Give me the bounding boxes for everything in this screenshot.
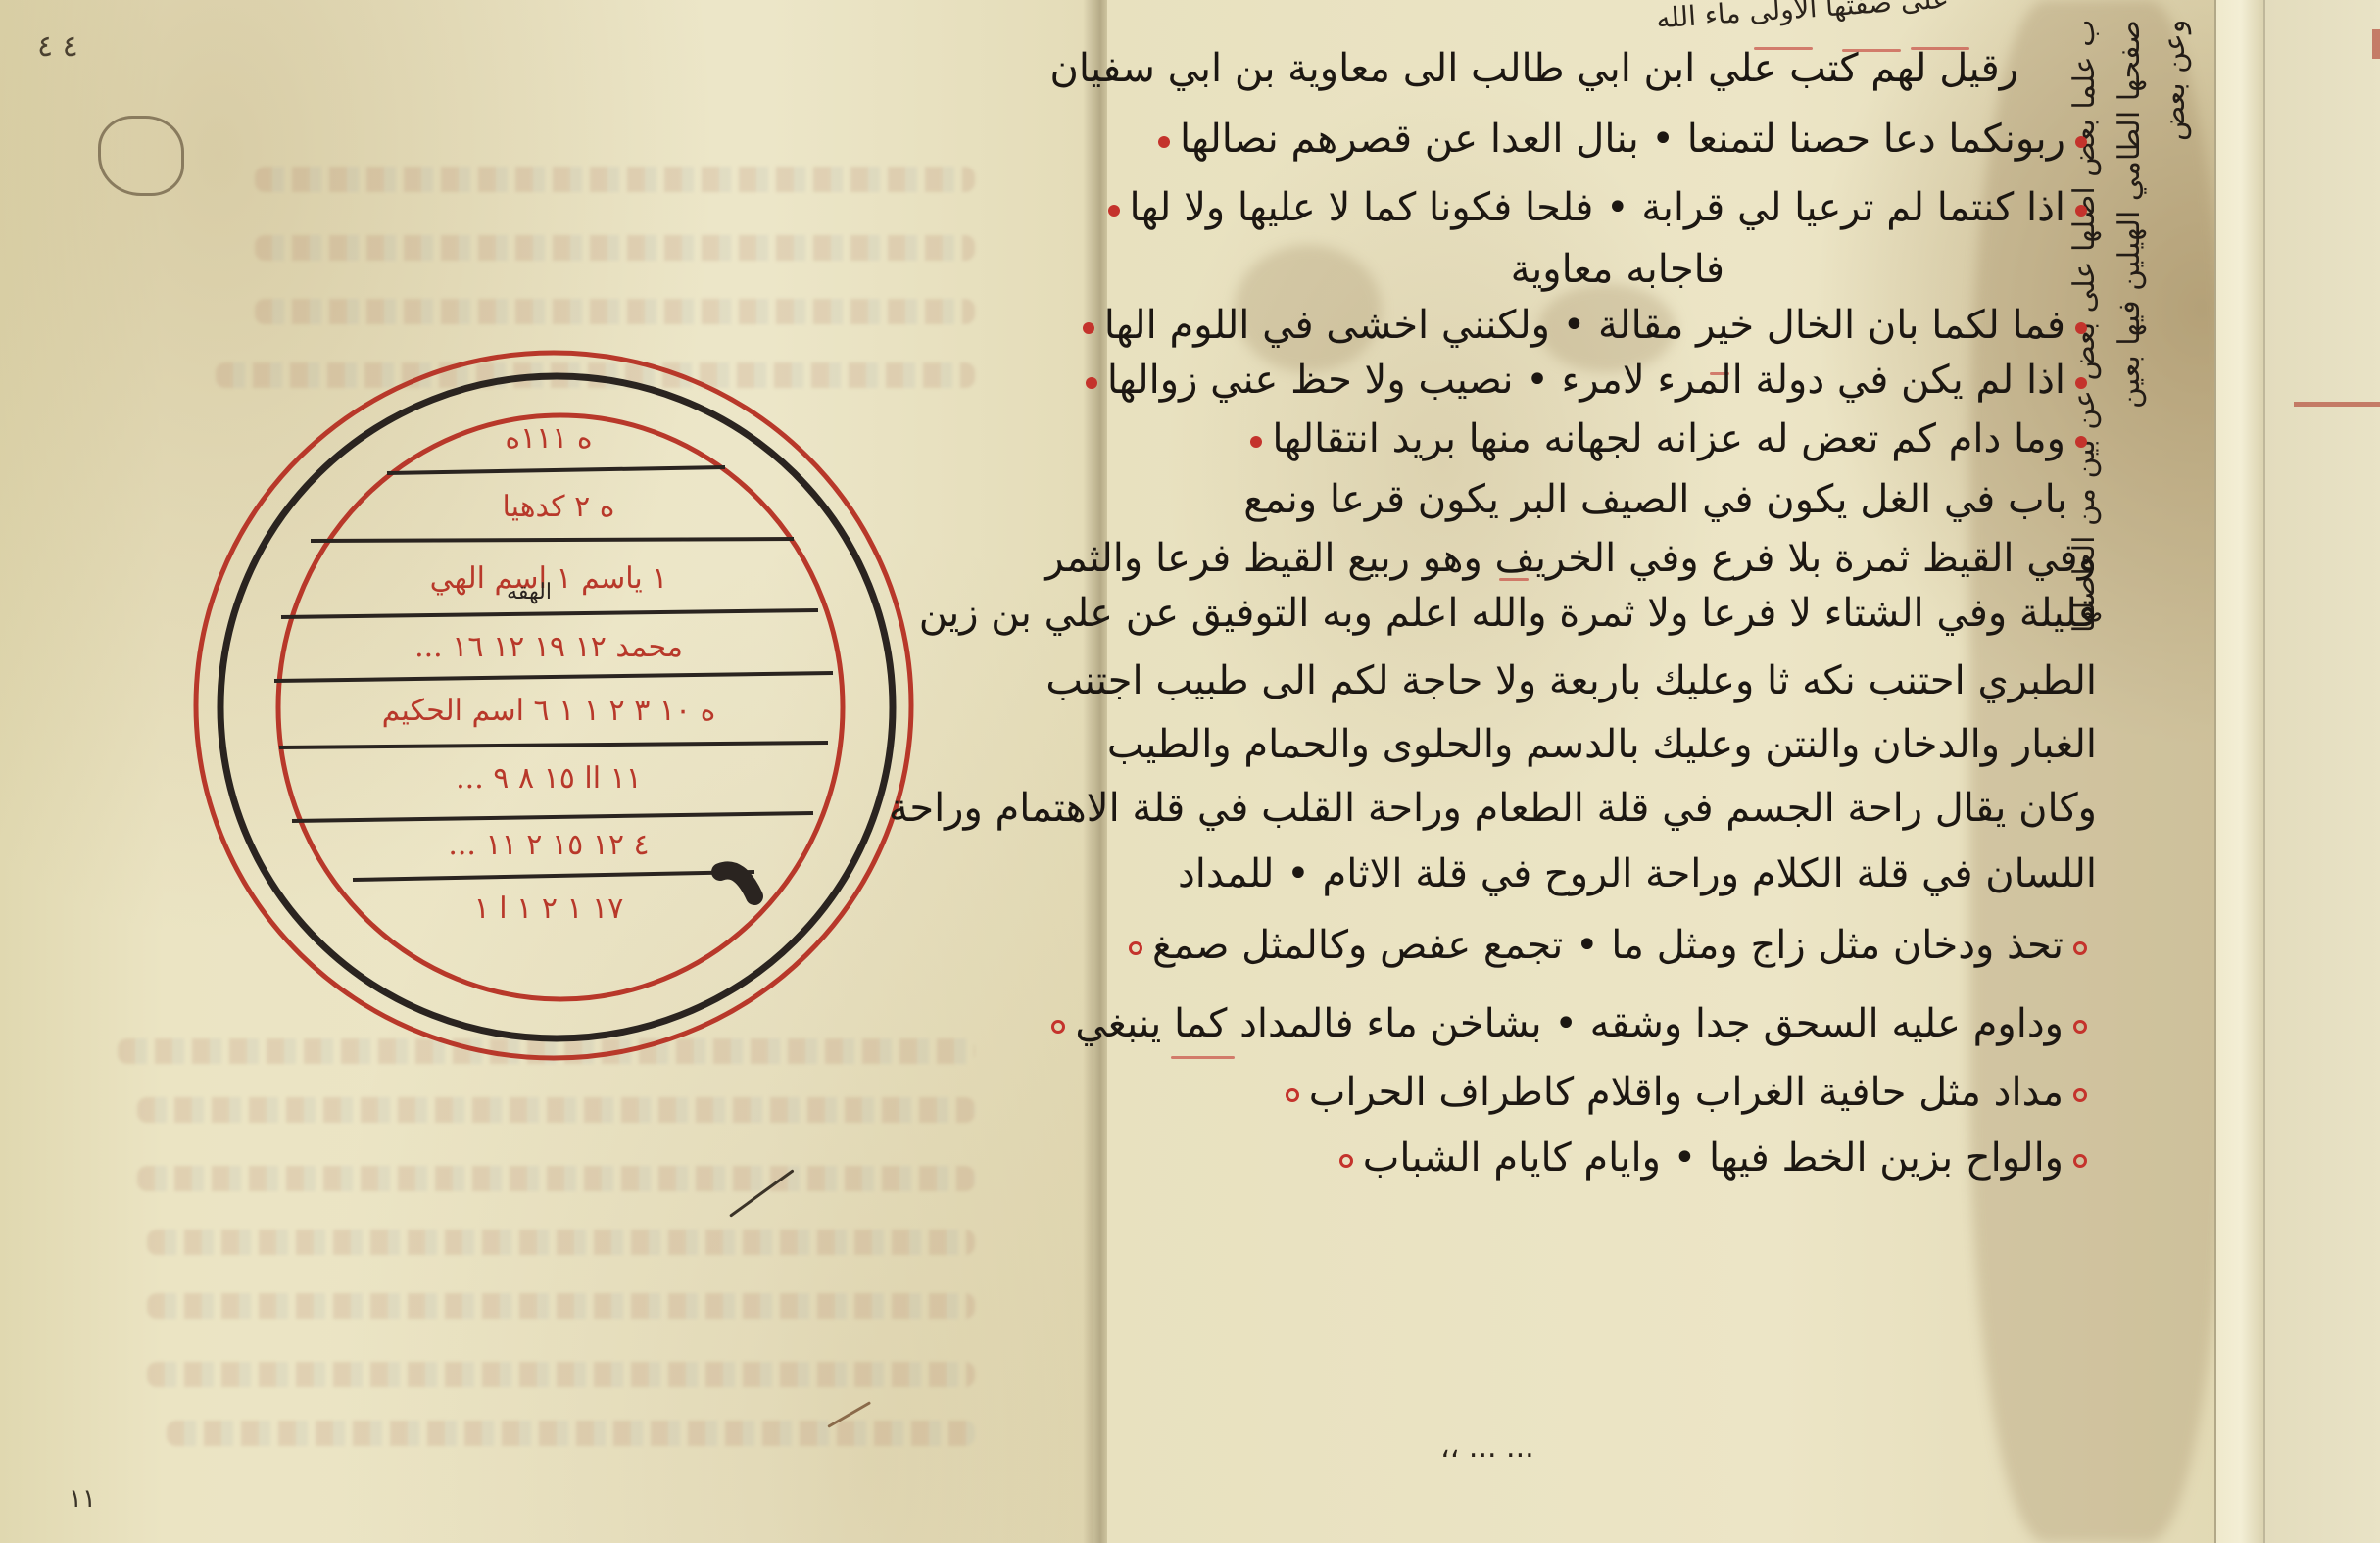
verse-marker-icon bbox=[1086, 377, 1097, 389]
text-line: اذا لم يكن في دولة المرء لامرء • نصيب ول… bbox=[1076, 351, 2097, 410]
seal-stamp-icon bbox=[98, 116, 184, 196]
talisman-diagram: ه ١١١ه ه ٢ كدهيا ١ ياسم ١ اسم الهي الهقه… bbox=[176, 323, 921, 1068]
verse-marker-icon bbox=[1158, 136, 1170, 148]
bleed-through-line bbox=[137, 1097, 975, 1123]
folio-number: ١١ bbox=[69, 1484, 96, 1514]
bleed-through-line bbox=[147, 1362, 975, 1387]
manuscript-spread: ٤ ٤ ه ١١١ه ه ٢ كدهيا bbox=[0, 0, 2380, 1543]
bleed-through-line bbox=[255, 235, 975, 261]
text-line: وما دام كم تعض له عزانه لجهانه منها بريد… bbox=[1240, 410, 2097, 468]
verse-marker-icon bbox=[2075, 205, 2087, 217]
verse-marker-icon bbox=[2073, 1020, 2087, 1034]
verse-marker-icon bbox=[1286, 1088, 1299, 1102]
text-line: قليلة وفي الشتاء لا فرعا ولا ثمرة والله … bbox=[919, 584, 2097, 643]
text-line: وفي القيظ ثمرة بلا فرع وفي الخريف وهو رب… bbox=[1044, 529, 2097, 588]
left-page: ٤ ٤ ه ١١١ه ه ٢ كدهيا bbox=[0, 0, 1093, 1543]
talisman-annotation: الهقه bbox=[470, 580, 588, 604]
text-line: الطبري احتنب نكه ثا وعليك باربعة ولا حاج… bbox=[1045, 651, 2097, 710]
margin-note-line: وعن بعض bbox=[2153, 20, 2198, 764]
text-line-heading: باب في الغل يكون في الصيف البر يكون قرعا… bbox=[1243, 470, 2067, 529]
text-line: والواح بزين الخط فيها • وايام كايام الشب… bbox=[1330, 1129, 2097, 1187]
text-line: فما لكما بان الخال خير مقالة • ولكنني اخ… bbox=[1073, 296, 2097, 355]
verse-marker-icon bbox=[1108, 205, 1120, 217]
ink-blot-marks: ،، ... ... bbox=[1440, 1430, 1534, 1465]
red-ink-streak bbox=[2294, 402, 2380, 407]
verse-marker-icon bbox=[2073, 1154, 2087, 1168]
text-line: مداد مثل حافية الغراب واقلام كاطراف الحر… bbox=[1276, 1063, 2097, 1122]
text-line-heading: فاجابه معاوية bbox=[1511, 240, 1724, 299]
text-line: اذا كنتما لم ترعيا لي قرابة • فلحا فكونا… bbox=[1098, 178, 2097, 237]
text-line: وداوم عليه السحق جدا وشقه • بشاخن ماء فا… bbox=[1042, 994, 2097, 1053]
text-line: وكان يقال راحة الجسم في قلة الطعام وراحة… bbox=[889, 779, 2097, 838]
text-line: ربونكما دعا حصنا لتمنعا • بنال العدا عن … bbox=[1148, 110, 2097, 169]
talisman-row: ١١ اا ١٥ ٨ ٩ ... bbox=[284, 761, 813, 796]
text-line: اللسان في قلة الكلام وراحة الروح في قلة … bbox=[1178, 844, 2097, 903]
verse-marker-icon bbox=[1339, 1154, 1353, 1168]
talisman-row: ١٧ ١ ٢ ١ ا ١ bbox=[392, 892, 705, 926]
verse-marker-icon bbox=[2073, 1088, 2087, 1102]
red-ink-streak bbox=[2372, 29, 2380, 59]
bleed-through-line bbox=[137, 1166, 975, 1191]
verse-marker-icon bbox=[2075, 322, 2087, 334]
talisman-row: ه ٢ كدهيا bbox=[353, 490, 764, 524]
text-line: الغبار والدخان والنتن وعليك بالدسم والحل… bbox=[1107, 715, 2097, 774]
bleed-through-line bbox=[167, 1421, 975, 1446]
verse-marker-icon bbox=[1250, 436, 1262, 448]
talisman-row: ٤ ١٢ ١٥ ٢ ١١ ... bbox=[323, 828, 774, 862]
corner-marks: ٤ ٤ bbox=[37, 29, 78, 64]
red-overline bbox=[1171, 1056, 1235, 1059]
text-line: تحذ ودخان مثل زاج ومثل ما • تجمع عفص وكا… bbox=[1119, 916, 2097, 975]
talisman-row: ه ١١١ه bbox=[402, 421, 696, 456]
talisman-row: محمد ١٢ ١٩ ١٢ ١٦ ... bbox=[274, 630, 823, 664]
verse-marker-icon bbox=[1083, 322, 1094, 334]
page-edge bbox=[2214, 0, 2265, 1543]
talisman-row: ه ١٠ ٣ ٢ ١ ١ ٦ اسم الحكيم bbox=[274, 694, 823, 728]
margin-note-line: صفحها الطامي الهيلين فيها بعين bbox=[2108, 20, 2153, 764]
bleed-through-line bbox=[147, 1293, 975, 1319]
verse-marker-icon bbox=[2073, 941, 2087, 955]
verse-marker-icon bbox=[2075, 377, 2087, 389]
text-line: رقيل لهم كتب علي ابن ابي طالب الى معاوية… bbox=[1049, 39, 2018, 98]
bleed-through-line bbox=[255, 299, 975, 324]
bleed-through-line bbox=[255, 167, 975, 192]
verse-marker-icon bbox=[1129, 941, 1142, 955]
verse-marker-icon bbox=[2075, 436, 2087, 448]
next-leaf-edge bbox=[2263, 0, 2380, 1543]
verse-marker-icon bbox=[2075, 136, 2087, 148]
bleed-through-line bbox=[147, 1230, 975, 1255]
verse-marker-icon bbox=[1051, 1020, 1065, 1034]
